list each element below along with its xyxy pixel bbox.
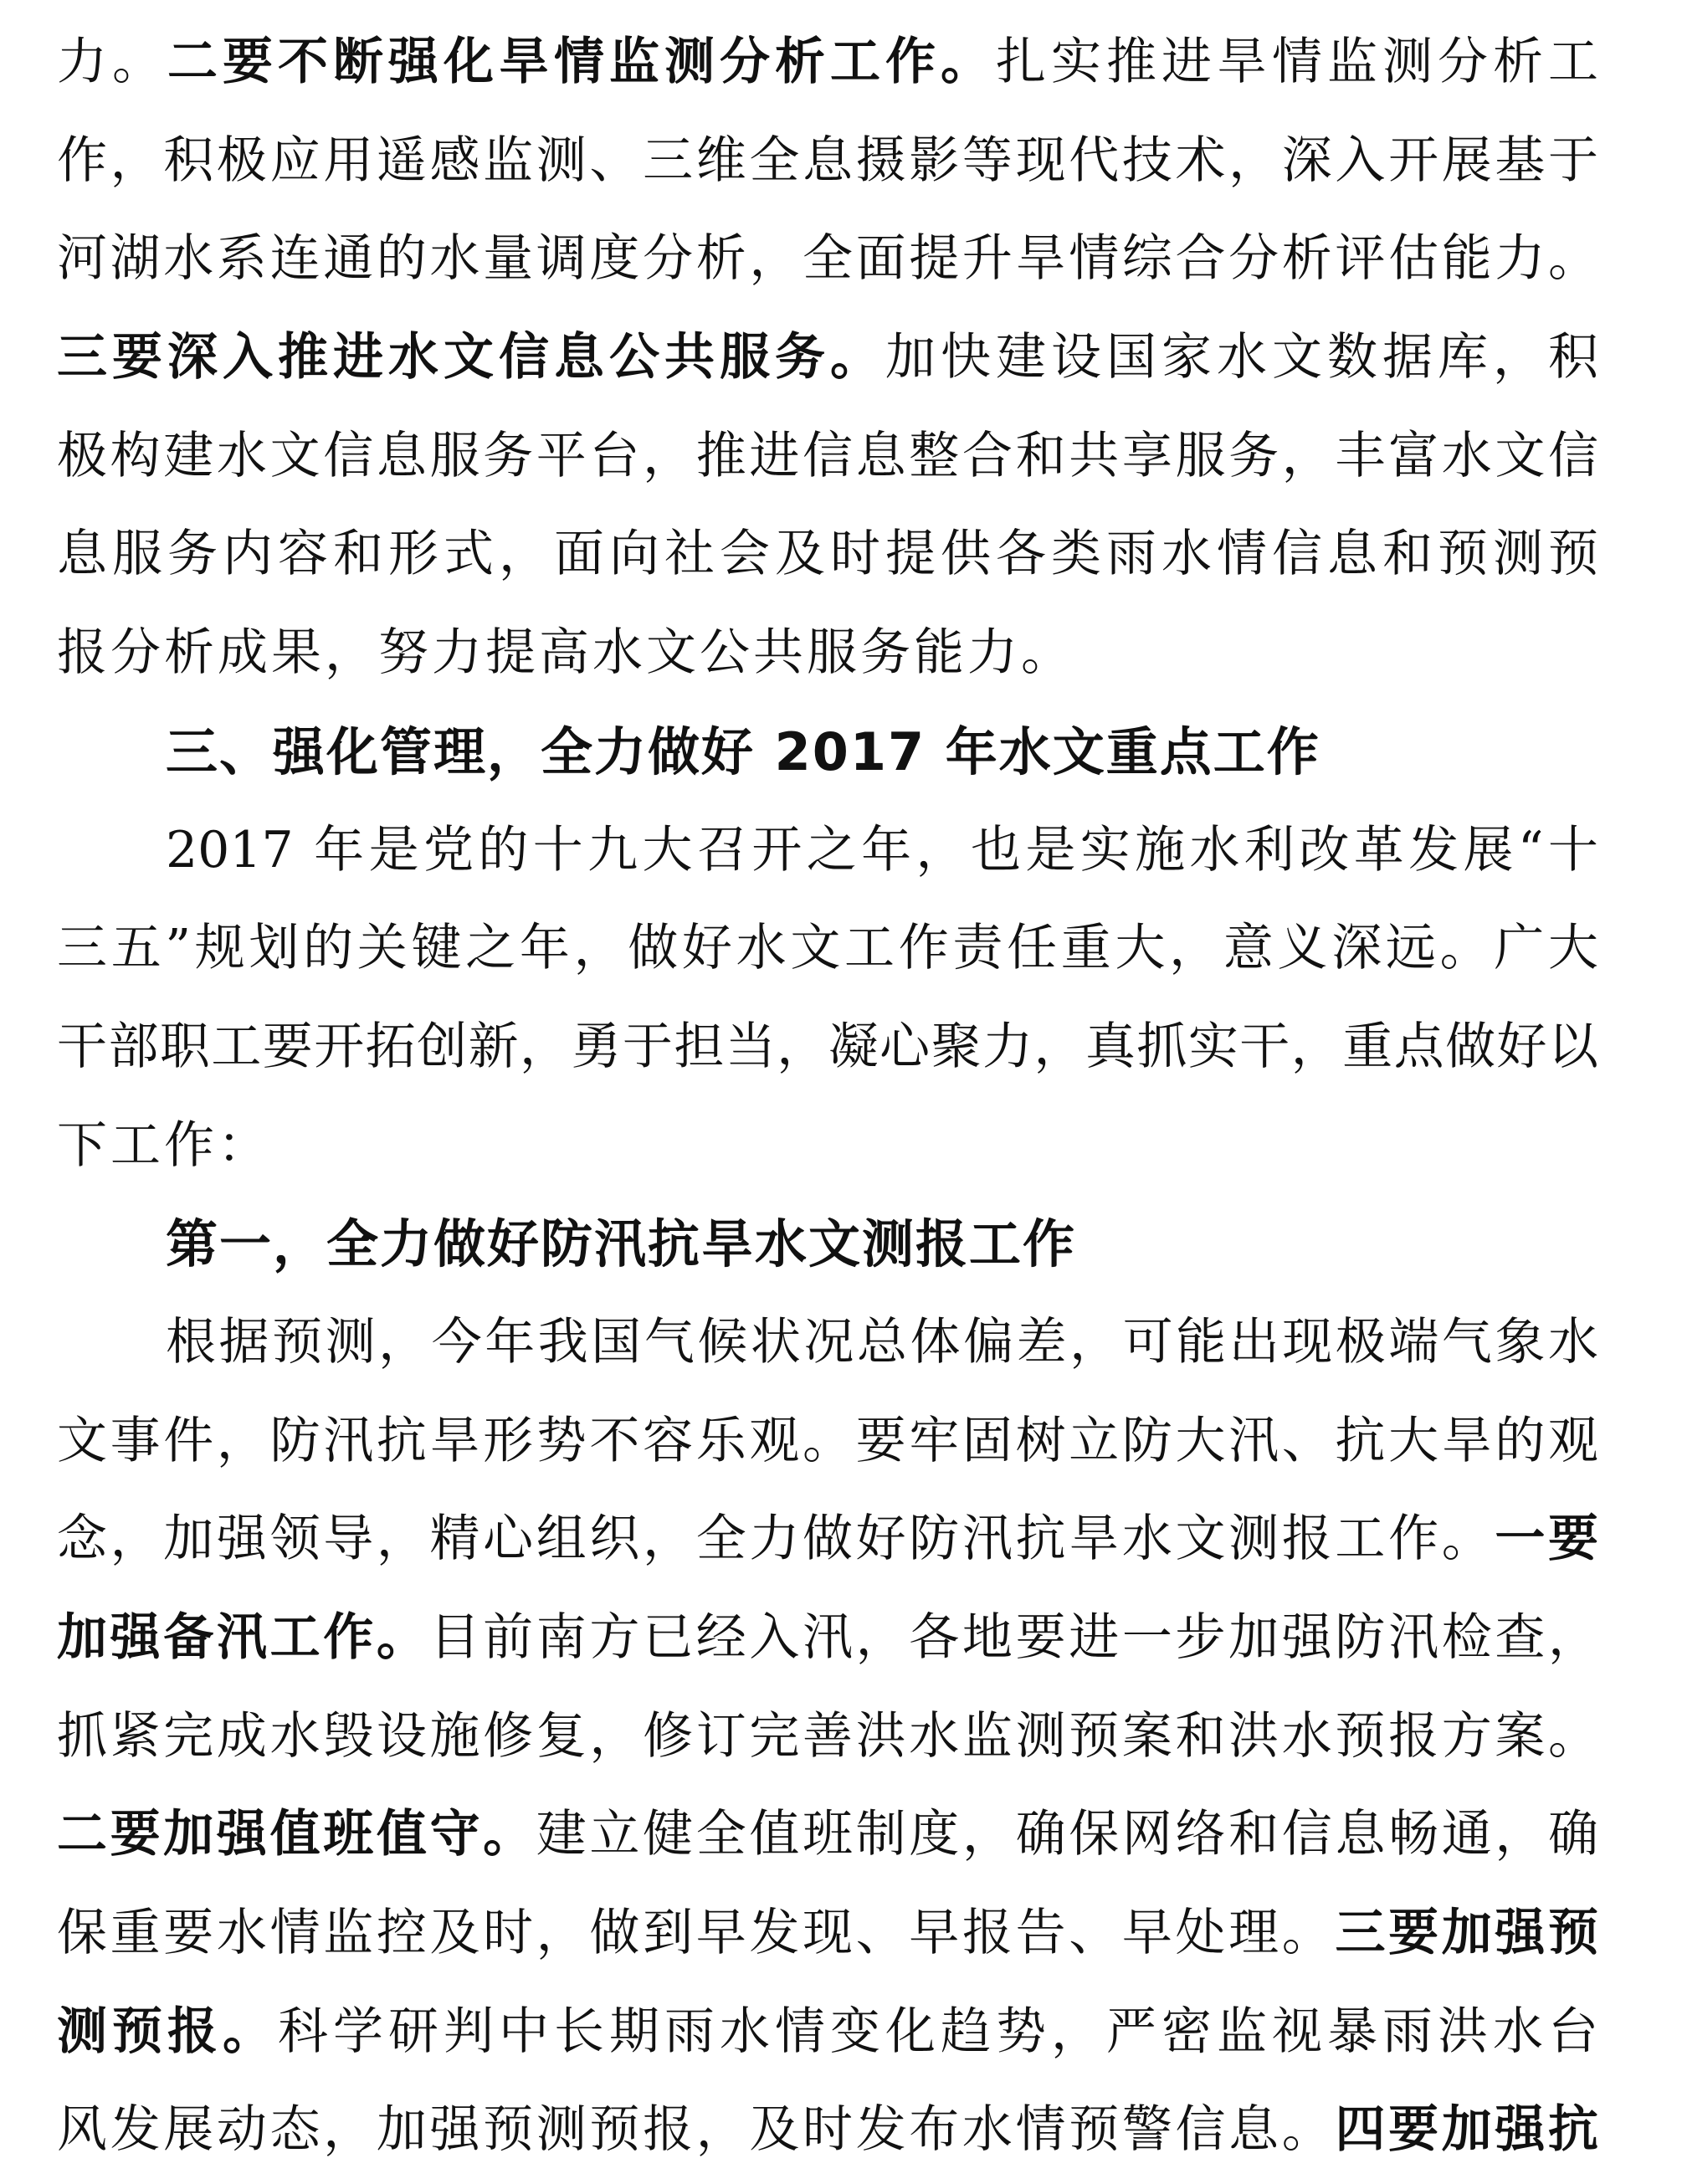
emphasis-text-run: 四要加强抗 (1335, 2100, 1598, 2159)
text-run: 下工作： (57, 1116, 271, 1175)
text-run: 建立健全值班制度，确保网络和信息畅通，确 (536, 1805, 1598, 1864)
text-run: 目前南方已经入汛，各地要进一步加强防汛检查， (430, 1608, 1599, 1667)
text-line: 三五”规划的关键之年，做好水文工作责任重大，意义深远。广大 (57, 900, 1598, 998)
text-line: 测预报。科学研判中长期雨水情变化趋势，严密监视暴雨洪水台 (57, 1983, 1598, 2082)
text-run: 念，加强领导，精心组织，全力做好防汛抗旱水文测报工作。 (57, 1510, 1495, 1568)
text-run: 根据预测，今年我国气候状况总体偏差，可能出现极端气象水 (166, 1313, 1598, 1371)
text-line: 报分析成果，努力提高水文公共服务能力。 (57, 604, 1598, 703)
text-line: 三要深入推进水文信息公共服务。加快建设国家水文数据库，积 (57, 309, 1598, 408)
text-run: 2017 年是党的十九大召开之年，也是实施水利改革发展“十 (166, 821, 1598, 879)
text-line: 文事件，防汛抗旱形势不容乐观。要牢固树立防大汛、抗大旱的观 (57, 1392, 1598, 1491)
emphasis-text-run: 三、强化管理，全力做好 2017 年水文重点工作 (166, 721, 1320, 782)
text-run: 极构建水文信息服务平台，推进信息整合和共享服务，丰富水文信 (57, 427, 1598, 485)
emphasis-text-run: 二要不断强化旱情监测分析工作。 (167, 33, 996, 91)
text-line: 作，积极应用遥感监测、三维全息摄影等现代技术，深入开展基于 (57, 112, 1598, 211)
text-run: 文事件，防汛抗旱形势不容乐观。要牢固树立防大汛、抗大旱的观 (57, 1412, 1598, 1470)
text-line: 加强备汛工作。目前南方已经入汛，各地要进一步加强防汛检查， (57, 1589, 1598, 1688)
text-run: 科学研判中长期雨水情变化趋势，严密监视暴雨洪水台 (278, 2002, 1598, 2061)
text-run: 保重要水情监控及时，做到早发现、早报告、早处理。 (57, 1904, 1335, 1962)
emphasis-text-run: 三要加强预 (1335, 1904, 1598, 1962)
text-line: 极构建水文信息服务平台，推进信息整合和共享服务，丰富水文信 (57, 408, 1598, 506)
text-run: 力。 (57, 33, 167, 91)
text-run: 扎实推进旱情监测分析工 (996, 33, 1598, 91)
emphasis-text-run: 二要加强值班值守。 (57, 1805, 536, 1864)
text-line: 风发展动态，加强预测预报，及时发布水情预警信息。四要加强抗 (57, 2081, 1598, 2180)
section-heading: 三、强化管理，全力做好 2017 年水文重点工作 (57, 703, 1598, 802)
text-line: 下工作： (57, 1097, 1598, 1196)
text-line: 念，加强领导，精心组织，全力做好防汛抗旱水文测报工作。一要 (57, 1490, 1598, 1589)
emphasis-text-run: 第一，全力做好防汛抗旱水文测报工作 (166, 1213, 1076, 1274)
text-line: 保重要水情监控及时，做到早发现、早报告、早处理。三要加强预 (57, 1884, 1598, 1983)
text-run: 干部职工要开拓创新，勇于担当，凝心聚力，真抓实干，重点做好以 (57, 1018, 1598, 1076)
text-run: 抓紧完成水毁设施修复，修订完善洪水监测预案和洪水预报方案。 (57, 1707, 1598, 1766)
emphasis-text-run: 测预报。 (57, 2002, 278, 2061)
text-run: 作，积极应用遥感监测、三维全息摄影等现代技术，深入开展基于 (57, 131, 1598, 190)
text-run: 息服务内容和形式，面向社会及时提供各类雨水情信息和预测预 (57, 525, 1598, 583)
text-line: 根据预测，今年我国气候状况总体偏差，可能出现极端气象水 (57, 1294, 1598, 1392)
text-line: 河湖水系连通的水量调度分析，全面提升旱情综合分析评估能力。 (57, 210, 1598, 309)
text-run: 加快建设国家水文数据库，积 (885, 328, 1598, 387)
text-block: 力。二要不断强化旱情监测分析工作。扎实推进旱情监测分析工作，积极应用遥感监测、三… (57, 13, 1598, 2180)
text-line: 二要加强值班值守。建立健全值班制度，确保网络和信息畅通，确 (57, 1786, 1598, 1884)
text-run: 河湖水系连通的水量调度分析，全面提升旱情综合分析评估能力。 (57, 229, 1598, 288)
text-run: 风发展动态，加强预测预报，及时发布水情预警信息。 (57, 2100, 1335, 2159)
text-line: 力。二要不断强化旱情监测分析工作。扎实推进旱情监测分析工 (57, 13, 1598, 112)
text-line: 2017 年是党的十九大召开之年，也是实施水利改革发展“十 (57, 802, 1598, 900)
emphasis-text-run: 加强备汛工作。 (57, 1608, 430, 1667)
text-run: 三五”规划的关键之年，做好水文工作责任重大，意义深远。广大 (57, 919, 1598, 977)
text-line: 抓紧完成水毁设施修复，修订完善洪水监测预案和洪水预报方案。 (57, 1688, 1598, 1787)
document-page: 力。二要不断强化旱情监测分析工作。扎实推进旱情监测分析工作，积极应用遥感监测、三… (0, 0, 1682, 2184)
emphasis-text-run: 一要 (1495, 1510, 1598, 1568)
text-line: 干部职工要开拓创新，勇于担当，凝心聚力，真抓实干，重点做好以 (57, 998, 1598, 1097)
emphasis-text-run: 三要深入推进水文信息公共服务。 (57, 328, 885, 387)
text-line: 息服务内容和形式，面向社会及时提供各类雨水情信息和预测预 (57, 505, 1598, 604)
text-run: 报分析成果，努力提高水文公共服务能力。 (57, 623, 1074, 682)
section-heading: 第一，全力做好防汛抗旱水文测报工作 (57, 1195, 1598, 1294)
